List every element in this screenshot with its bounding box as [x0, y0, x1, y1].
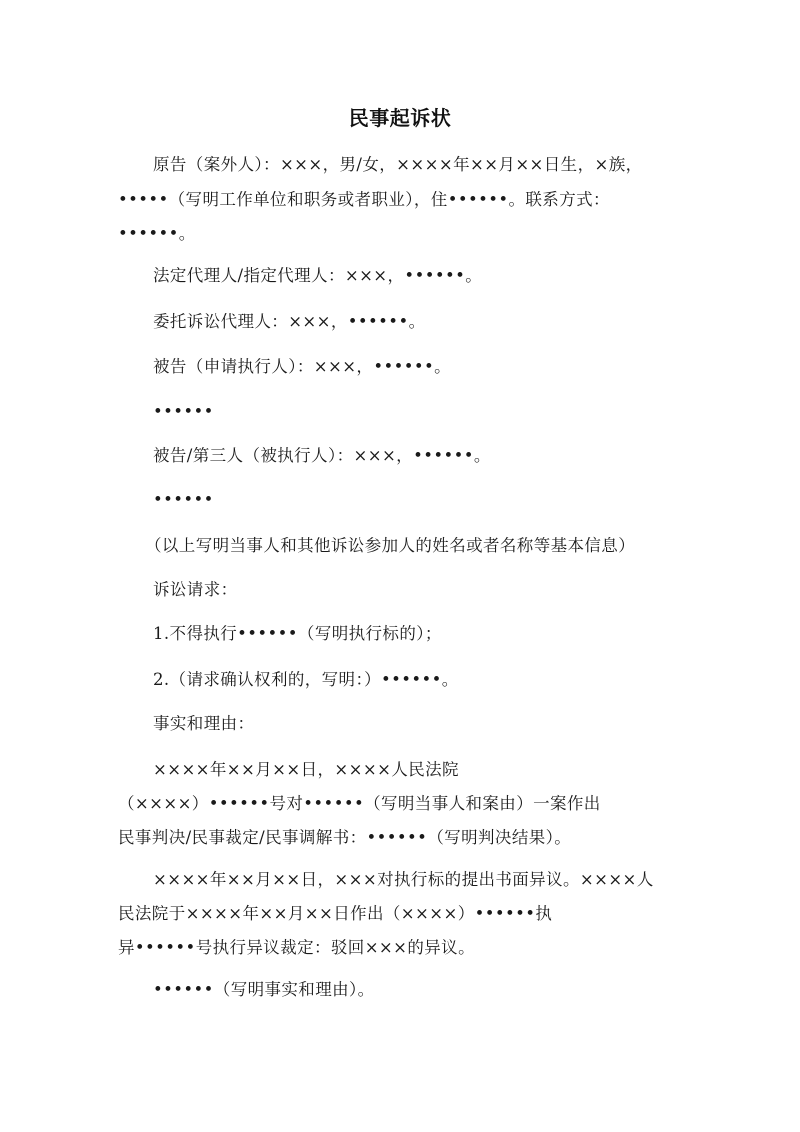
facts-2-line-2: 民法院于××××年××月××日作出（××××）••••••执	[118, 903, 552, 925]
placeholder-dots-1: ••••••	[153, 401, 214, 423]
litigation-agent-line: 委托诉讼代理人：×××，••••••。	[153, 311, 425, 333]
facts-3-line: ••••••（写明事实和理由）。	[153, 979, 375, 1001]
defendant-third-party-line: 被告/第三人（被执行人）：×××，••••••。	[153, 445, 491, 467]
claims-heading: 诉讼请求：	[153, 579, 238, 601]
facts-1-line-3: 民事判决/民事裁定/民事调解书：••••••（写明判决结果）。	[118, 827, 571, 849]
party-note-line: （以上写明当事人和其他诉讼参加人的姓名或者名称等基本信息）	[145, 535, 635, 557]
document-title: 民事起诉状	[0, 104, 800, 132]
claim-2-line: 2.（请求确认权利的，写明：）••••••。	[153, 669, 459, 691]
plaintiff-line-3: ••••••。	[118, 223, 196, 245]
facts-2-line-3: 异••••••号执行异议裁定：驳回×××的异议。	[118, 937, 475, 959]
plaintiff-line-1: 原告（案外人）：×××，男/女，××××年××月××日生，×族，	[153, 154, 643, 176]
legal-representative-line: 法定代理人/指定代理人：×××，••••••。	[153, 265, 482, 287]
plaintiff-line-2: •••••（写明工作单位和职务或者职业），住••••••。联系方式：	[118, 189, 610, 211]
facts-1-line-2: （××××）••••••号对••••••（写明当事人和案由）一案作出	[118, 793, 601, 815]
document-page: 民事起诉状 原告（案外人）：×××，男/女，××××年××月××日生，×族， •…	[0, 0, 800, 1132]
claim-1-line: 1.不得执行••••••（写明执行标的）；	[153, 623, 442, 645]
facts-heading: 事实和理由：	[153, 713, 254, 735]
placeholder-dots-2: ••••••	[153, 489, 214, 511]
facts-1-line-1: ××××年××月××日，××××人民法院	[153, 759, 459, 781]
defendant-applicant-line: 被告（申请执行人）：×××，••••••。	[153, 356, 451, 378]
facts-2-line-1: ××××年××月××日，×××对执行标的提出书面异议。××××人	[153, 869, 654, 891]
